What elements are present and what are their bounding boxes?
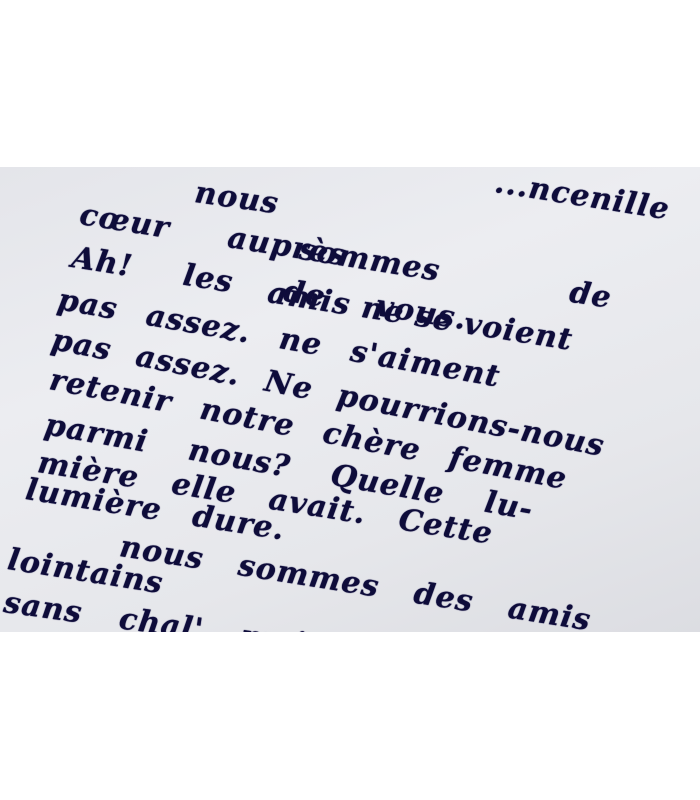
handwriting-line: ...ncenille <box>492 167 672 227</box>
handwriting-line: nous <box>193 175 282 221</box>
handwriting-line: auprès <box>225 220 349 273</box>
handwritten-letter-photo: ...ncenille nous cœur sommes de tout aup… <box>0 167 700 632</box>
